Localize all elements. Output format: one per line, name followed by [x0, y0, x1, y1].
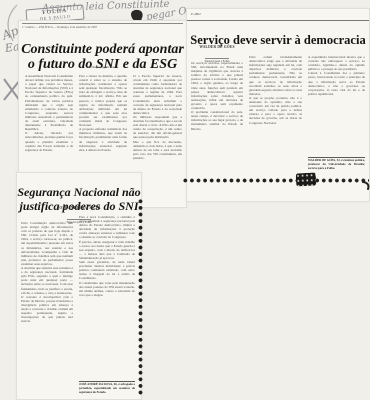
headline-line: Constituinte poderá apontar: [19, 42, 186, 57]
dateline: 1º caderno — POLÍTICA — Domingo, 6 de se…: [22, 23, 183, 29]
article-column: Uma Constituição democrática não pode ab…: [21, 221, 73, 391]
article-column: Os serviços secretos, especialmente o SN…: [191, 61, 243, 165]
bead-border-ornament: [296, 172, 317, 186]
author-bio: JOSÉ ANDRÉ DA SILVA, 46, é advogado e jo…: [79, 381, 135, 397]
article-column: A experiência internacional mostra que o…: [308, 55, 365, 155]
headline-line: Segurança Nacional não: [17, 185, 141, 199]
rule: [187, 20, 369, 21]
author-bio: WALDER DE GÓES, 52, é cientista político…: [308, 157, 365, 174]
article-column: Uma ordem verdadeiramente democrática ex…: [249, 55, 302, 181]
page-mark: P-4862: [191, 12, 201, 16]
scanned-newspaper-page: Assunto leia Constituinte pegar O Ap Ea …: [0, 0, 370, 400]
article-seguranca: Segurança Nacional não justifica poderes…: [16, 172, 142, 400]
article-column: Para o relator da matéria, a questão cen…: [79, 74, 127, 174]
bead-border-vertical: [136, 198, 145, 397]
article-column: Para a nova Constituição, o caminho é cl…: [79, 215, 135, 379]
bead-border-end-curl: [362, 178, 370, 196]
bead-border-horizontal: [182, 176, 369, 185]
byline-name: JOSÉ ANDRÉ DA SILVA: [17, 206, 141, 210]
byline-name: WALDER DE GÓES: [189, 45, 245, 49]
article-column: A Assembleia Nacional Constituinte dever…: [25, 74, 73, 172]
byline: Da Reportagem Local: [19, 65, 186, 69]
article-servico: P-4862 Serviço deve servir à democracia …: [186, 8, 370, 202]
